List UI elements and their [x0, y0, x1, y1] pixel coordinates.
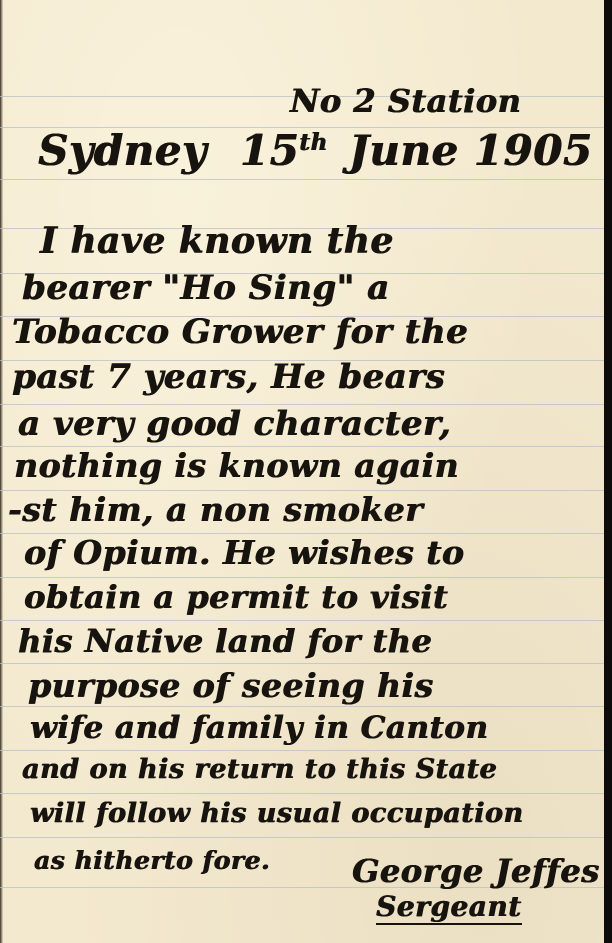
date-day-suffix: th [299, 129, 327, 156]
ruled-line [0, 179, 604, 180]
body-line-4: past 7 years, He bears [12, 357, 445, 397]
body-line-10-text: his Native land for the [18, 622, 432, 660]
body-line-1: I have known the [40, 220, 394, 262]
signature-title: Sergeant [376, 890, 522, 923]
ruled-line [0, 837, 604, 838]
body-line-14: will follow his usual occupation [30, 798, 524, 829]
body-line-10: his Native land for the [18, 622, 432, 660]
body-line-9: obtain a permit to visit [24, 578, 448, 616]
place-name: Sydney [38, 126, 207, 175]
letter-page: No 2 Station Sydney 15th June 1905 I hav… [0, 0, 604, 943]
body-line-3: Tobacco Grower for the [12, 312, 468, 352]
date-day: 15 [240, 126, 299, 175]
page-left-edge [0, 0, 3, 943]
ruled-line [0, 793, 604, 794]
signature-title-text: Sergeant [376, 890, 522, 925]
body-line-2: bearer "Ho Sing" a [22, 268, 390, 308]
body-line-8: of Opium. He wishes to [24, 533, 464, 572]
signature-name: George Jeffes [352, 852, 600, 890]
body-line-11: purpose of seeing his [28, 666, 434, 705]
ruled-line [0, 750, 604, 751]
body-line-13: and on his return to this State [22, 754, 497, 785]
ruled-line [0, 706, 604, 707]
dateline: Sydney 15th June 1905 [38, 126, 593, 175]
scan-edge-right [604, 0, 612, 943]
body-line-5: a very good character, [18, 404, 451, 444]
body-line-15: as hitherto fore. [34, 846, 270, 875]
ruled-line [0, 663, 604, 664]
body-line-6: nothing is known again [14, 446, 459, 485]
date-month-year: June 1905 [349, 126, 593, 175]
ruled-line [0, 620, 604, 621]
station-heading: No 2 Station [290, 82, 521, 120]
body-line-7: -st him, a non smoker [8, 490, 423, 529]
body-line-12: wife and family in Canton [30, 710, 488, 746]
